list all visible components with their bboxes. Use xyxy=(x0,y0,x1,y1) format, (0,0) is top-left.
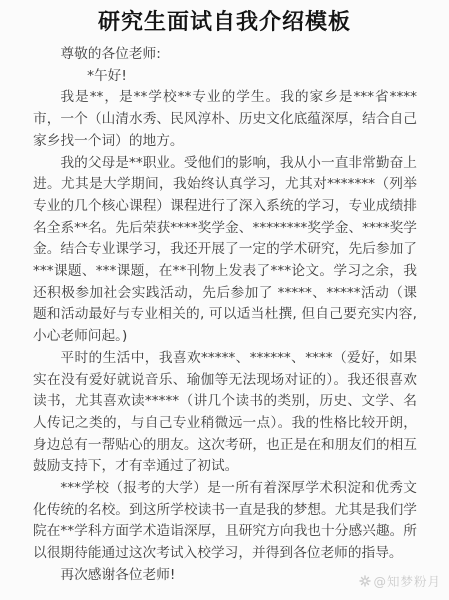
document-title: 研究生面试自我介绍模板 xyxy=(0,0,449,38)
watermark: @知梦粉月 xyxy=(359,572,441,590)
salutation-line: 尊敬的各位老师: xyxy=(33,44,417,66)
watermark-text: @知梦粉月 xyxy=(373,572,441,590)
document-page: 研究生面试自我介绍模板 尊敬的各位老师: *午好! 我是**，是**学校**专业… xyxy=(0,0,449,600)
document-body: 尊敬的各位老师: *午好! 我是**，是**学校**专业的学生。我的家乡是***… xyxy=(0,38,449,587)
greeting-line: *午好! xyxy=(33,66,417,88)
paragraph-intro-hometown: 我是**，是**学校**专业的学生。我的家乡是***省****市，一个（山清水秀… xyxy=(33,87,417,152)
paragraph-hobbies-personality: 平时的生活中，我喜欢*****、******、****（爱好，如果实在没有爱好就… xyxy=(33,348,417,478)
paragraph-study-achievements: 我的父母是**职业。受他们的影响，我从小一直非常勤奋上进。尤其是大学期间，我始终… xyxy=(33,153,417,348)
flower-badge-icon xyxy=(359,575,371,587)
paragraph-target-school: ***学校（报考的大学）是一所有着深厚学术积淀和优秀文化传统的名校。到这所学校读… xyxy=(33,478,417,565)
